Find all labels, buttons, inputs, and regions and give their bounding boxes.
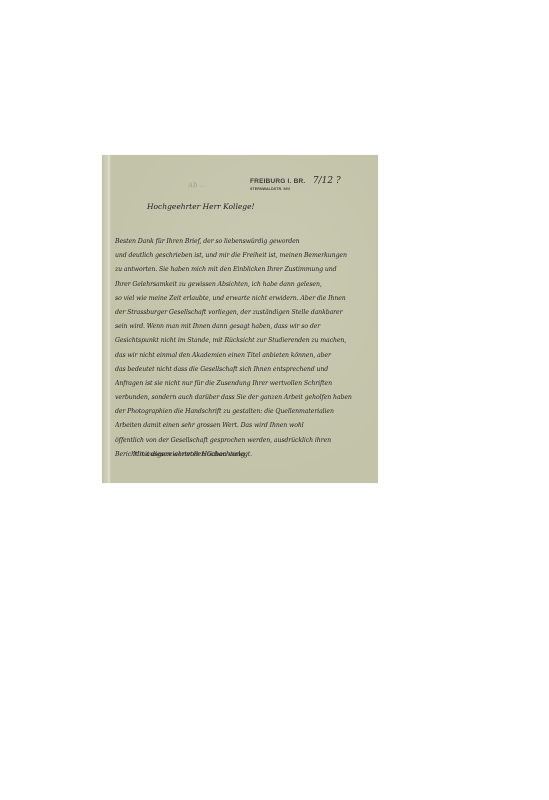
body-line: Anfragen ist sie nicht nur für die Zusen…	[115, 377, 373, 391]
body-line: öffentlich von der Gesellschaft gesproch…	[115, 434, 373, 448]
salutation: Hochgeehrter Herr Kollege!	[147, 202, 255, 211]
body-line: verbunden, sondern auch darüber dass Sie…	[115, 391, 373, 405]
body-line: der Photographien die Handschrift zu ges…	[115, 405, 373, 419]
body-line: Arbeiten damit einen sehr grossen Wert. …	[115, 419, 373, 433]
body-line: so viel wie meine Zeit erlaubte, und erw…	[115, 292, 373, 306]
body-line: Gesichtspunkt nicht im Stande, mit Rücks…	[115, 334, 373, 348]
letterhead: FREIBURG I. BR. 7/12 ? STERNWALDSTR. 9/I…	[250, 170, 341, 191]
letter-date: 7/12 ?	[313, 176, 341, 186]
body-line: Besten Dank für Ihren Brief, der so lieb…	[115, 235, 373, 249]
body-line: Ihrer Gelehrsamkeit zu gewissen Absichte…	[115, 278, 373, 292]
letterhead-city: FREIBURG I. BR.	[250, 178, 305, 185]
body-line: zu antworten. Sie haben mich mit den Ein…	[115, 263, 373, 277]
body-line: das wir nicht einmal den Akademien einen…	[115, 349, 373, 363]
letter-body: Besten Dank für Ihren Brief, der so lieb…	[115, 235, 373, 462]
body-line: und deutlich geschrieben ist, und mir di…	[115, 249, 373, 263]
pencil-annotation: Ab ...	[188, 180, 207, 189]
letter-page: FREIBURG I. BR. 7/12 ? STERNWALDSTR. 9/I…	[102, 155, 378, 483]
body-line: das bedeutet nicht dass die Gesellschaft…	[115, 363, 373, 377]
closing: Mit ausgezeichneter Hochachtung	[133, 450, 245, 458]
body-line: sein wird. Wenn man mit Ihnen dann gesag…	[115, 320, 373, 334]
body-line: der Strassburger Gesellschaft vorliegen,…	[115, 306, 373, 320]
paper-fold-line	[108, 155, 110, 483]
